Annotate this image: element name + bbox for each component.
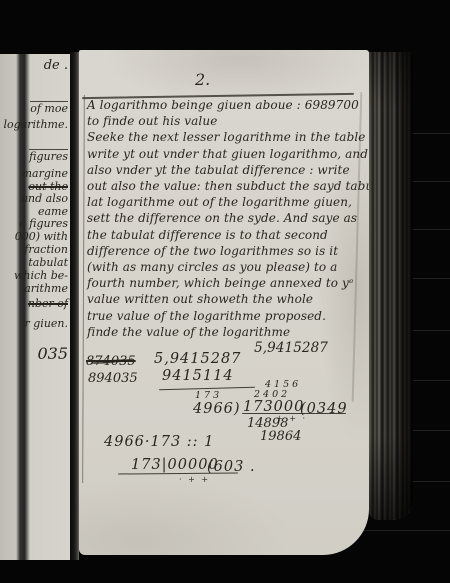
corrected-number: 894035: [88, 371, 138, 386]
fragment-line: which be-: [14, 270, 68, 282]
main-page: 2. A logarithmo beinge giuen aboue : 698…: [79, 50, 369, 555]
fragment-line: tabulat: [28, 257, 68, 269]
left-page-fragment: de . of moe logarithme. figures margine …: [0, 54, 70, 560]
product-2: 19864: [260, 429, 301, 444]
fragment-line: e figures: [19, 218, 68, 230]
text-line: difference of the two logarithmes so is …: [87, 243, 368, 259]
fragment-line: figures: [29, 149, 68, 163]
text-line: A logarithmo beinge giuen aboue : 698970…: [87, 97, 368, 113]
fragment-line: fraction: [24, 244, 68, 256]
page-number: 2.: [195, 70, 210, 89]
lesser-logarithm: 9415114: [162, 368, 234, 384]
tick-marks: · + +: [179, 475, 210, 484]
manuscript-photo: de . of moe logarithme. figures margine …: [0, 0, 450, 583]
text-line: also vnder yt the tabulat difference : w…: [87, 162, 368, 178]
text-line: the tabulat difference is to that second: [87, 227, 368, 243]
text-line: write yt out vnder that giuen logarithmo…: [87, 146, 368, 162]
fragment-line: margine: [22, 168, 68, 180]
page-gutter: [70, 52, 79, 560]
divisor: 4966): [193, 401, 241, 417]
text-line: out also the value: then subduct the say…: [87, 178, 368, 194]
proportion-statement: 4966·173 :: 1: [104, 434, 214, 450]
fragment-line: logarithme.: [4, 119, 68, 131]
quotient: (0349: [300, 401, 348, 417]
second-division: 173|00000: [131, 457, 219, 473]
fragment-line: arithme: [24, 283, 68, 295]
book-fore-edge: [369, 52, 413, 520]
text-line: finde the value of the logarithme: [87, 324, 368, 340]
fragment-line: 035: [37, 348, 68, 360]
fragment-line: of moe: [30, 101, 68, 115]
text-line: Seeke the next lesser logarithme in the …: [87, 129, 368, 145]
fragment-line: and also: [21, 193, 68, 205]
text-line: fourth number, which beinge annexed to y…: [87, 275, 368, 291]
fragment-line: nber of: [28, 298, 68, 310]
text-line: to finde out his value: [87, 113, 368, 129]
fragment-line: 000) with: [15, 231, 68, 243]
fragment-line: r giuen.: [25, 318, 69, 330]
manuscript-text-block: A logarithmo beinge giuen aboue : 698970…: [87, 97, 368, 356]
fragment-line: de .: [44, 60, 68, 72]
text-line: (with as many circles as you please) to …: [87, 259, 368, 275]
text-line: value written out showeth the whole: [87, 291, 368, 307]
margin-rule: [82, 95, 85, 483]
text-line: true value of the logarithme proposed.: [87, 308, 368, 324]
crossed-number: 874035: [86, 354, 136, 369]
text-line: lat logarithme out of the logarithme giu…: [87, 194, 368, 210]
second-difference: 173: [195, 390, 222, 401]
given-logarithm: 5,9415287: [154, 351, 241, 367]
text-line: sett the difference on the syde. And say…: [87, 210, 368, 226]
